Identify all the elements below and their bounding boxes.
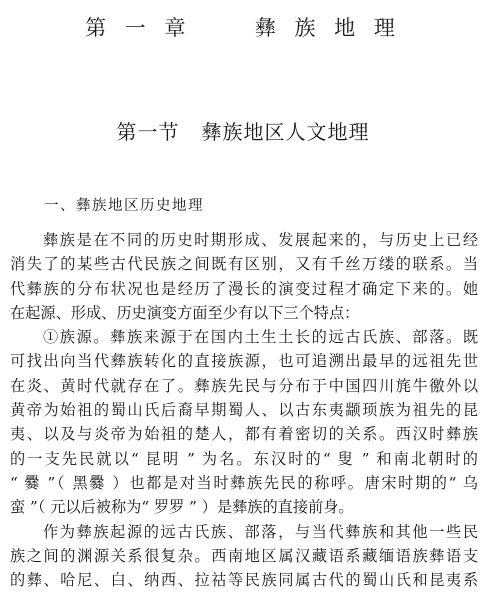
text-line: 夷、以及与炎帝为始祖的楚人，都有着密切的关系。西汉时彝族	[10, 422, 478, 446]
text-line: 的彝、哈尼、白、纳西、拉祜等民族同属古代的蜀山氏和昆夷系	[10, 568, 478, 592]
paragraph-origins-intro: 彝族是在不同的历史时期形成、发展起来的，与历史上已经 消失了的某些古代民族之间既…	[10, 228, 478, 325]
text-line: 在起源、形成、历史演变方面至少有以下三个特点：	[10, 301, 478, 325]
subsection-title: 一、彝族地区历史地理	[44, 194, 204, 215]
paragraph-kinship: 作为彝族起源的远古氏族、部落，与当代彝族和其他一些民 族之间的渊源关系很复杂。西…	[10, 520, 478, 593]
section-title: 第一节 彝族地区人文地理	[0, 116, 486, 145]
text-line: 的一支先民就以“ 昆明 ” 为名。东汉时的“ 叟 ” 和南北朝时的	[10, 447, 478, 471]
text-line: 蛮 ”（ 元以后被称为“ 罗罗 ” ）是彝族的直接前身。	[10, 495, 478, 519]
text-line: 彝族是在不同的历史时期形成、发展起来的，与历史上已经	[10, 228, 478, 252]
text-line: “ 爨 ”（ 黑爨 ）也都是对当时彝族先民的称呼。唐宋时期的“ 乌	[10, 471, 478, 495]
text-line: 族之间的渊源关系很复杂。西南地区属汉藏语系藏缅语族彝语支	[10, 544, 478, 568]
chapter-title: 第 一 章 彝 族 地 理	[0, 12, 486, 42]
text-line: ①族源。彝族来源于在国内土生土长的远古氏族、部落。既	[10, 325, 478, 349]
text-line: 可找出向当代彝族转化的直接族源，也可追溯出最早的远祖先世	[10, 349, 478, 373]
text-line: 作为彝族起源的远古氏族、部落，与当代彝族和其他一些民	[10, 520, 478, 544]
text-line: 消失了的某些古代民族之间既有区别，又有千丝万缕的联系。当	[10, 252, 478, 276]
text-line: 代彝族的分布状况也是经历了漫长的演变过程才确定下来的。她	[10, 277, 478, 301]
text-line: 在炎、黄时代就存在了。彝族先民与分布于中国四川旄牛徼外以	[10, 374, 478, 398]
body-text: 彝族是在不同的历史时期形成、发展起来的，与历史上已经 消失了的某些古代民族之间既…	[10, 228, 478, 592]
text-line: 黄帝为始祖的蜀山氏后裔早期蜀人、以古东夷颛顼族为祖先的昆	[10, 398, 478, 422]
paragraph-ethnic-origin: ①族源。彝族来源于在国内土生土长的远古氏族、部落。既 可找出向当代彝族转化的直接…	[10, 325, 478, 519]
